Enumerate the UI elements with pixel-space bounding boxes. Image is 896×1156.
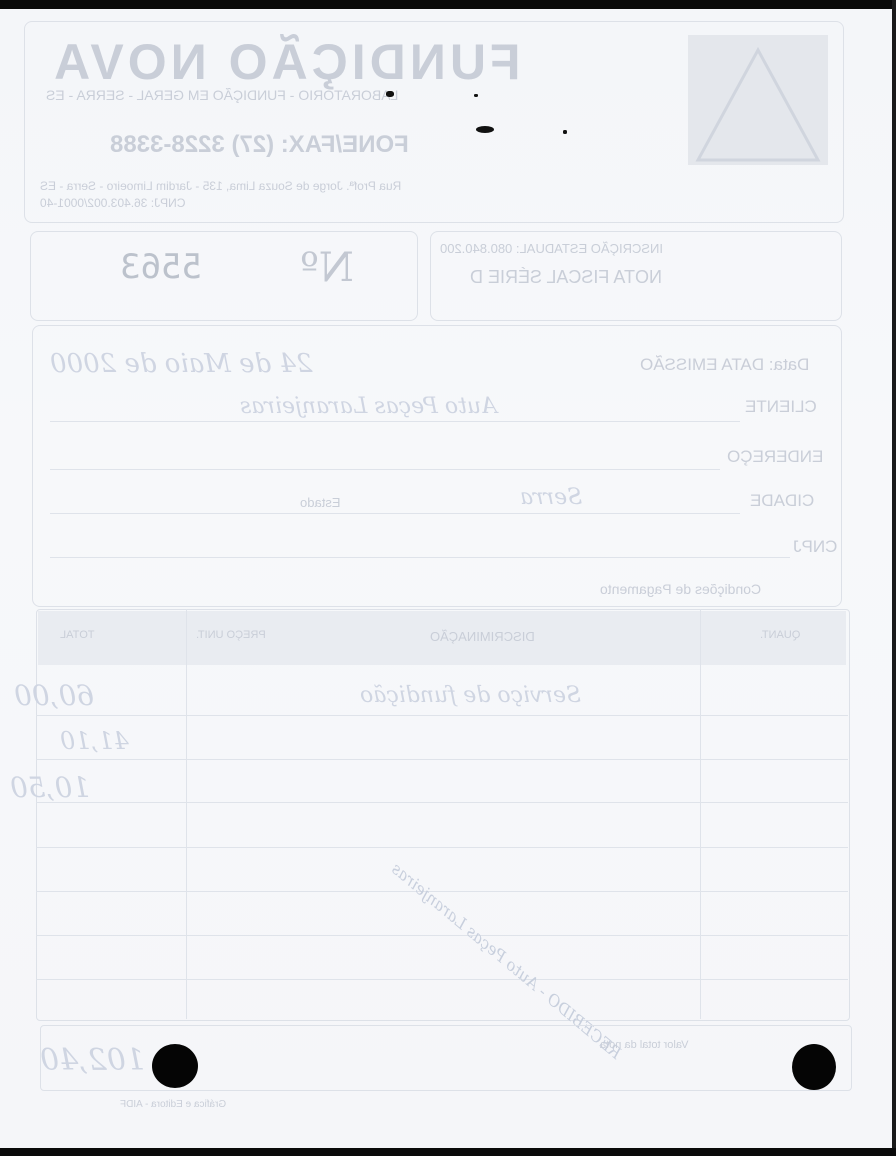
handwritten-item: Serviço de fundição [360, 683, 581, 708]
cnpj-label: CNPJ [793, 537, 837, 557]
address-line: Rua Profª. Jorge de Souza Lima, 135 - Ja… [40, 179, 401, 193]
address-line-rule [50, 469, 720, 470]
footer-text: Valor total da nota [600, 1039, 688, 1051]
col-divider [186, 609, 187, 1019]
printer-line: Gráfica e Editora - AIDF [120, 1099, 226, 1110]
info-line-2: NOTA FISCAL SÉRIE D [470, 267, 662, 288]
state-label: Estado [300, 495, 340, 510]
row-line [36, 802, 848, 803]
handwritten-amount: 41,10 [60, 727, 129, 755]
handwritten-total: 102,40 [40, 1043, 145, 1078]
triangle-logo-icon [688, 35, 828, 165]
col-header-discriminacao: DISCRIMINAÇÃO [430, 629, 535, 644]
city-line-rule [50, 513, 740, 514]
address-label: ENDEREÇO [727, 447, 823, 467]
items-table [36, 609, 850, 1021]
scan-border-right [892, 0, 896, 1156]
row-line [36, 715, 848, 716]
row-line [36, 935, 848, 936]
client-value: Auto Peças Laranjeiras [240, 394, 497, 419]
company-name: FUNDIÇÃO NOVA [50, 33, 521, 91]
row-line [36, 759, 848, 760]
row-line [36, 979, 848, 980]
ink-speck [476, 126, 494, 133]
col-header-total: TOTAL [60, 629, 94, 641]
cnpj-line: CNPJ: 36.403.002/0001-40 [40, 196, 185, 210]
ink-speck [563, 130, 567, 134]
ink-speck [474, 94, 478, 97]
date-value: 24 de Maio de 2000 [50, 349, 312, 379]
cnpj-line-rule [50, 557, 790, 558]
client-line [50, 421, 740, 422]
col-header-preco: PREÇO UNIT. [196, 629, 266, 641]
handwritten-amount: 10,50 [10, 771, 90, 804]
col-divider [700, 609, 701, 1019]
paper-sheet: FUNDIÇÃO NOVA LABORATÓRIO - FUNDIÇÃO EM … [0, 9, 892, 1148]
phone-line: FONE/FAX: (27) 3228-3388 [110, 131, 409, 159]
number-box [30, 231, 418, 321]
number-prefix: Nº [300, 245, 354, 291]
ink-speck [386, 91, 394, 97]
scan-border-bottom [0, 1148, 896, 1156]
date-label: Data: DATA EMISSÃO [640, 355, 809, 375]
col-header-quant: QUANT. [760, 629, 800, 641]
info-line-1: INSCRIÇÃO ESTADUAL: 080.840.200 [440, 241, 663, 256]
client-label: CLIENTE [745, 397, 817, 417]
scan-border-top [0, 0, 896, 9]
handwritten-amount: 60,00 [14, 679, 94, 712]
city-label: CIDADE [750, 491, 814, 511]
row-line [36, 847, 848, 848]
punch-hole-left [152, 1044, 198, 1088]
row-line [36, 891, 848, 892]
city-value: Serra [520, 485, 582, 510]
punch-hole-right [792, 1044, 836, 1090]
invoice-number: 5563 [120, 247, 202, 287]
company-subtitle: LABORATÓRIO - FUNDIÇÃO EM GERAL - SERRA … [46, 87, 398, 103]
payment-label: Condições de Pagamento [600, 581, 761, 597]
